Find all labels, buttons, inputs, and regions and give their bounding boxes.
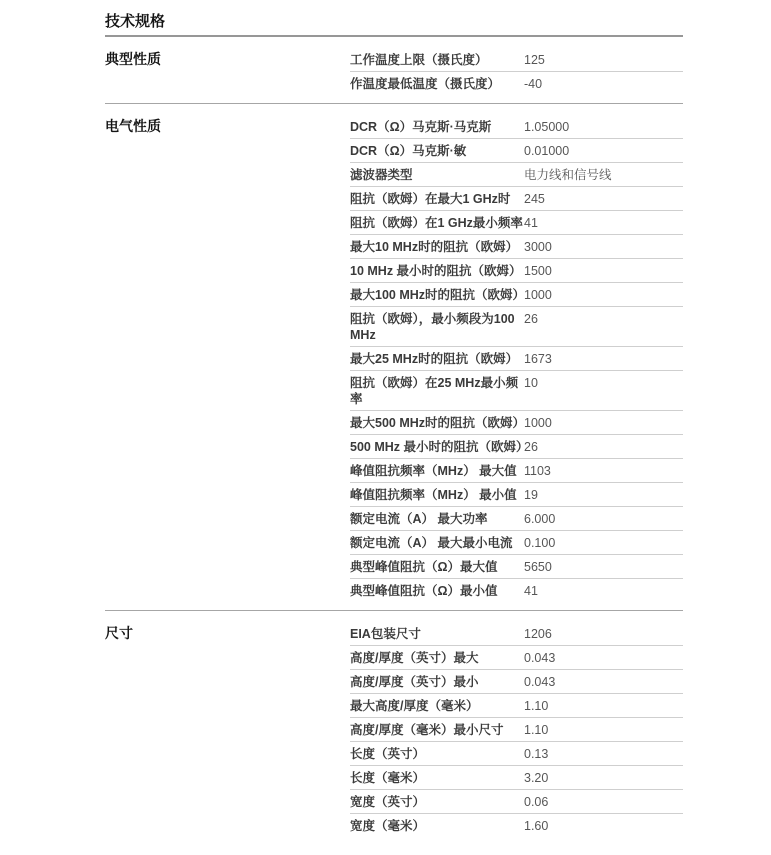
spec-row: DCR（Ω）马克斯·敏 0.01000 (350, 139, 683, 163)
spec-table: 技术规格 典型性质 工作温度上限（摄氏度） 125 作温度最低温度（摄氏度） -… (105, 0, 683, 845)
spec-row: 长度（毫米） 3.20 (350, 766, 683, 790)
spec-row: 高度/厚度（英寸）最小 0.043 (350, 670, 683, 694)
spec-row: 500 MHz 最小时的阻抗（欧姆） 26 (350, 435, 683, 459)
spec-section: 电气性质 DCR（Ω）马克斯·马克斯 1.05000 DCR（Ω）马克斯·敏 0… (105, 104, 683, 611)
spec-row: 10 MHz 最小时的阻抗（欧姆） 1500 (350, 259, 683, 283)
spec-row-value: 0.100 (524, 535, 683, 551)
spec-row: 最大10 MHz时的阻抗（欧姆） 3000 (350, 235, 683, 259)
spec-row-label: 阻抗（欧姆）在1 GHz最小频率 (350, 215, 524, 231)
spec-row: DCR（Ω）马克斯·马克斯 1.05000 (350, 115, 683, 139)
spec-row-label: EIA包装尺寸 (350, 626, 524, 642)
spec-row-label: 宽度（英寸） (350, 794, 524, 810)
spec-row-value: 0.043 (524, 674, 683, 690)
spec-row-value: 3000 (524, 239, 683, 255)
spec-row-value: 1500 (524, 263, 683, 279)
spec-row: 典型峰值阻抗（Ω）最小值 41 (350, 579, 683, 602)
spec-row-value: 125 (524, 52, 683, 68)
spec-section: 尺寸 EIA包装尺寸 1206 高度/厚度（英寸）最大 0.043 高度/厚度（… (105, 611, 683, 845)
spec-row-value: 1.05000 (524, 119, 683, 135)
spec-row-value: 1103 (524, 463, 683, 479)
spec-row: 最大100 MHz时的阻抗（欧姆） 1000 (350, 283, 683, 307)
spec-row-label: 峰值阻抗频率（MHz） 最小值 (350, 487, 524, 503)
spec-row-label: 典型峰值阻抗（Ω）最大值 (350, 559, 524, 575)
spec-row: 额定电流（A） 最大功率 6.000 (350, 507, 683, 531)
section-rows: DCR（Ω）马克斯·马克斯 1.05000 DCR（Ω）马克斯·敏 0.0100… (350, 115, 683, 602)
spec-row-label: 长度（英寸） (350, 746, 524, 762)
section-label: 电气性质 (105, 115, 350, 135)
spec-row-value: 1673 (524, 351, 683, 367)
spec-row: 长度（英寸） 0.13 (350, 742, 683, 766)
spec-row: 额定电流（A） 最大最小电流 0.100 (350, 531, 683, 555)
spec-row-label: 宽度（毫米） (350, 818, 524, 834)
spec-row-label: 10 MHz 最小时的阻抗（欧姆） (350, 263, 524, 279)
sections: 典型性质 工作温度上限（摄氏度） 125 作温度最低温度（摄氏度） -40 电气… (105, 37, 683, 845)
spec-row-label: 额定电流（A） 最大最小电流 (350, 535, 524, 551)
spec-row: 最大25 MHz时的阻抗（欧姆） 1673 (350, 347, 683, 371)
spec-row-value: 1.10 (524, 722, 683, 738)
spec-row: 阻抗（欧姆）在25 MHz最小频率 10 (350, 371, 683, 411)
spec-row-label: 最大10 MHz时的阻抗（欧姆） (350, 239, 524, 255)
spec-section: 典型性质 工作温度上限（摄氏度） 125 作温度最低温度（摄氏度） -40 (105, 37, 683, 104)
spec-row-label: 额定电流（A） 最大功率 (350, 511, 524, 527)
spec-row: 阻抗（欧姆），最小频段为100 MHz 26 (350, 307, 683, 347)
spec-row-value: 26 (524, 439, 683, 455)
spec-row: 宽度（英寸） 0.06 (350, 790, 683, 814)
section-label: 尺寸 (105, 622, 350, 642)
spec-row-label: 高度/厚度（英寸）最小 (350, 674, 524, 690)
section-rows: 工作温度上限（摄氏度） 125 作温度最低温度（摄氏度） -40 (350, 48, 683, 95)
spec-row-value: -40 (524, 76, 683, 92)
spec-row: 作温度最低温度（摄氏度） -40 (350, 72, 683, 95)
spec-row-value: 3.20 (524, 770, 683, 786)
spec-row: 典型峰值阻抗（Ω）最大值 5650 (350, 555, 683, 579)
spec-row-value: 1206 (524, 626, 683, 642)
spec-row: 滤波器类型 电力线和信号线 (350, 163, 683, 187)
spec-row-label: DCR（Ω）马克斯·敏 (350, 143, 524, 159)
spec-row-value: 0.043 (524, 650, 683, 666)
spec-row: 高度/厚度（毫米）最小尺寸 1.10 (350, 718, 683, 742)
spec-row-label: 峰值阻抗频率（MHz） 最大值 (350, 463, 524, 479)
spec-row-value: 41 (524, 215, 683, 231)
spec-row-value: 1000 (524, 287, 683, 303)
spec-row-value: 1000 (524, 415, 683, 431)
spec-row-label: 高度/厚度（毫米）最小尺寸 (350, 722, 524, 738)
spec-row-value: 0.13 (524, 746, 683, 762)
spec-row-value: 1.60 (524, 818, 683, 834)
spec-row-label: 高度/厚度（英寸）最大 (350, 650, 524, 666)
spec-row-label: 阻抗（欧姆），最小频段为100 MHz (350, 311, 524, 343)
spec-row-label: 最大高度/厚度（毫米） (350, 698, 524, 714)
spec-row-label: 500 MHz 最小时的阻抗（欧姆） (350, 439, 524, 455)
spec-row-value: 245 (524, 191, 683, 207)
spec-row: 最大高度/厚度（毫米） 1.10 (350, 694, 683, 718)
spec-row: 阻抗（欧姆）在最大1 GHz时 245 (350, 187, 683, 211)
spec-row: EIA包装尺寸 1206 (350, 622, 683, 646)
spec-row-value: 0.01000 (524, 143, 683, 159)
spec-row: 峰值阻抗频率（MHz） 最小值 19 (350, 483, 683, 507)
spec-row-label: 最大500 MHz时的阻抗（欧姆） (350, 415, 524, 431)
spec-row-value: 1.10 (524, 698, 683, 714)
spec-row-value: 26 (524, 311, 683, 327)
section-rows: EIA包装尺寸 1206 高度/厚度（英寸）最大 0.043 高度/厚度（英寸）… (350, 622, 683, 837)
spec-row-value: 41 (524, 583, 683, 599)
section-label: 典型性质 (105, 48, 350, 68)
spec-row-value: 电力线和信号线 (524, 167, 683, 183)
spec-row: 峰值阻抗频率（MHz） 最大值 1103 (350, 459, 683, 483)
spec-row-value: 6.000 (524, 511, 683, 527)
spec-row-value: 10 (524, 375, 683, 391)
spec-row-label: DCR（Ω）马克斯·马克斯 (350, 119, 524, 135)
spec-row-label: 阻抗（欧姆）在25 MHz最小频率 (350, 375, 524, 407)
spec-row-value: 19 (524, 487, 683, 503)
spec-row: 最大500 MHz时的阻抗（欧姆） 1000 (350, 411, 683, 435)
spec-row-label: 阻抗（欧姆）在最大1 GHz时 (350, 191, 524, 207)
spec-row-label: 工作温度上限（摄氏度） (350, 52, 524, 68)
spec-row-value: 5650 (524, 559, 683, 575)
page-title: 技术规格 (105, 14, 683, 37)
spec-row-value: 0.06 (524, 794, 683, 810)
spec-row: 工作温度上限（摄氏度） 125 (350, 48, 683, 72)
spec-row: 高度/厚度（英寸）最大 0.043 (350, 646, 683, 670)
spec-row-label: 作温度最低温度（摄氏度） (350, 76, 524, 92)
spec-row: 宽度（毫米） 1.60 (350, 814, 683, 837)
spec-row-label: 最大25 MHz时的阻抗（欧姆） (350, 351, 524, 367)
spec-row-label: 最大100 MHz时的阻抗（欧姆） (350, 287, 524, 303)
spec-row-label: 典型峰值阻抗（Ω）最小值 (350, 583, 524, 599)
spec-row-label: 长度（毫米） (350, 770, 524, 786)
spec-row: 阻抗（欧姆）在1 GHz最小频率 41 (350, 211, 683, 235)
spec-row-label: 滤波器类型 (350, 167, 524, 183)
